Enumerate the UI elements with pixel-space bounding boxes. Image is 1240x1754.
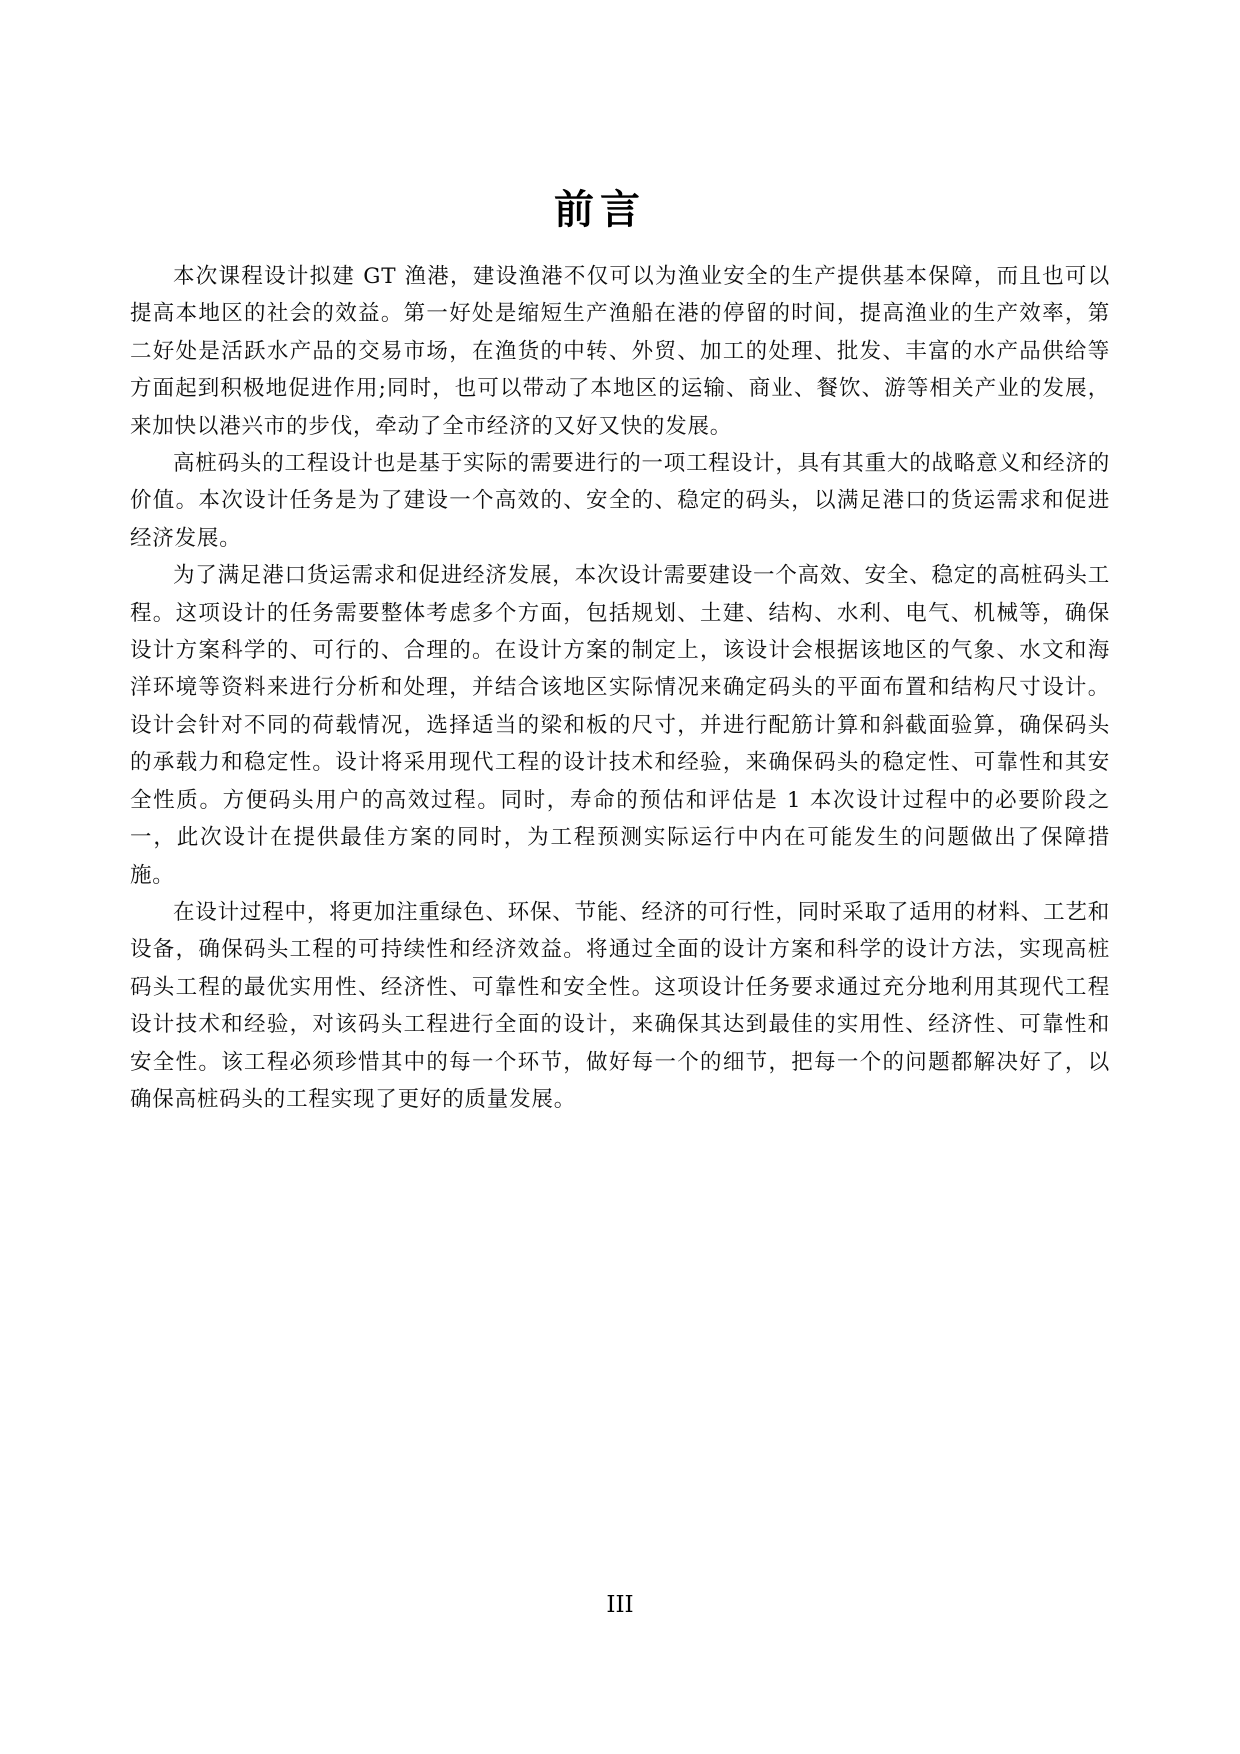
paragraph-3: 为了满足港口货运需求和促进经济发展，本次设计需要建设一个高效、安全、稳定的高桩码… — [130, 557, 1110, 894]
document-page: 前言 本次课程设计拟建 GT 渔港，建设渔港不仅可以为渔业安全的生产提供基本保障… — [0, 0, 1240, 1754]
paragraph-4: 在设计过程中，将更加注重绿色、环保、节能、经济的可行性，同时采取了适用的材料、工… — [130, 894, 1110, 1118]
page-number: III — [0, 1592, 1240, 1618]
document-body: 本次课程设计拟建 GT 渔港，建设渔港不仅可以为渔业安全的生产提供基本保障，而且… — [130, 258, 1110, 1118]
page-title: 前言 — [0, 178, 1200, 235]
paragraph-2: 高桩码头的工程设计也是基于实际的需要进行的一项工程设计，具有其重大的战略意义和经… — [130, 445, 1110, 557]
paragraph-1: 本次课程设计拟建 GT 渔港，建设渔港不仅可以为渔业安全的生产提供基本保障，而且… — [130, 258, 1110, 445]
